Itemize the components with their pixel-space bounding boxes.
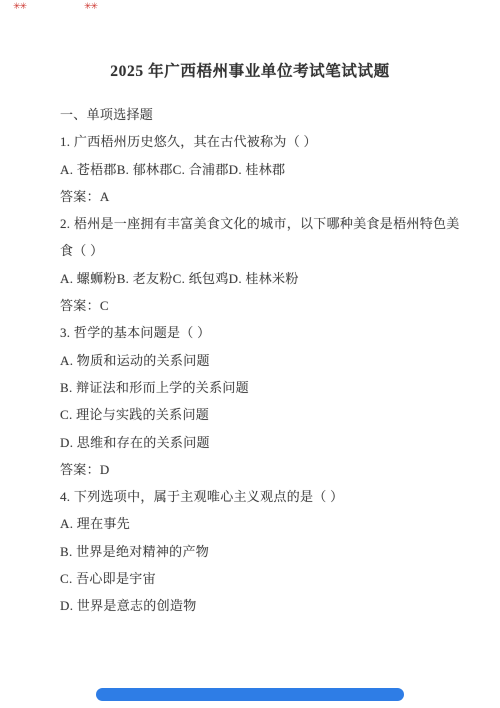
question-1-options: A. 苍梧郡B. 郁林郡C. 合浦郡D. 桂林郡: [60, 156, 460, 183]
question-3-option-d: D. 思维和存在的关系问题: [60, 429, 460, 456]
question-3-answer: 答案：D: [60, 456, 460, 483]
page-title: 2025 年广西梧州事业单位考试笔试试题: [0, 61, 500, 82]
question-3-option-a: A. 物质和运动的关系问题: [60, 347, 460, 374]
question-4-stem: 4. 下列选项中，属于主观唯心主义观点的是（ ）: [60, 483, 460, 510]
question-3-option-b: B. 辩证法和形而上学的关系问题: [60, 374, 460, 401]
section-heading: 一、单项选择题: [60, 101, 460, 128]
bottom-action-bar[interactable]: [96, 688, 404, 701]
question-2-stem-line-1: 2. 梧州是一座拥有丰富美食文化的城市，以下哪种美食是梧州特色美: [60, 210, 460, 237]
red-mark-icon: ✳✳: [84, 2, 97, 12]
question-4-option-a: A. 理在事先: [60, 510, 460, 537]
question-1-answer: 答案：A: [60, 183, 460, 210]
document-page: ✳✳ ✳✳ 2025 年广西梧州事业单位考试笔试试题 一、单项选择题 1. 广西…: [0, 0, 500, 708]
question-2-answer: 答案：C: [60, 292, 460, 319]
question-4-option-d: D. 世界是意志的创造物: [60, 592, 460, 619]
document-body: 一、单项选择题 1. 广西梧州历史悠久，其在古代被称为（ ） A. 苍梧郡B. …: [60, 101, 460, 620]
question-2-stem-line-2: 食（ ）: [60, 237, 460, 264]
question-3-option-c: C. 理论与实践的关系问题: [60, 401, 460, 428]
question-3-stem: 3. 哲学的基本问题是（ ）: [60, 319, 460, 346]
question-4-option-c: C. 吾心即是宇宙: [60, 565, 460, 592]
question-4-option-b: B. 世界是绝对精神的产物: [60, 538, 460, 565]
question-2-options: A. 螺蛳粉B. 老友粉C. 纸包鸡D. 桂林米粉: [60, 265, 460, 292]
question-1-stem: 1. 广西梧州历史悠久，其在古代被称为（ ）: [60, 128, 460, 155]
red-mark-icon: ✳✳: [13, 2, 26, 12]
